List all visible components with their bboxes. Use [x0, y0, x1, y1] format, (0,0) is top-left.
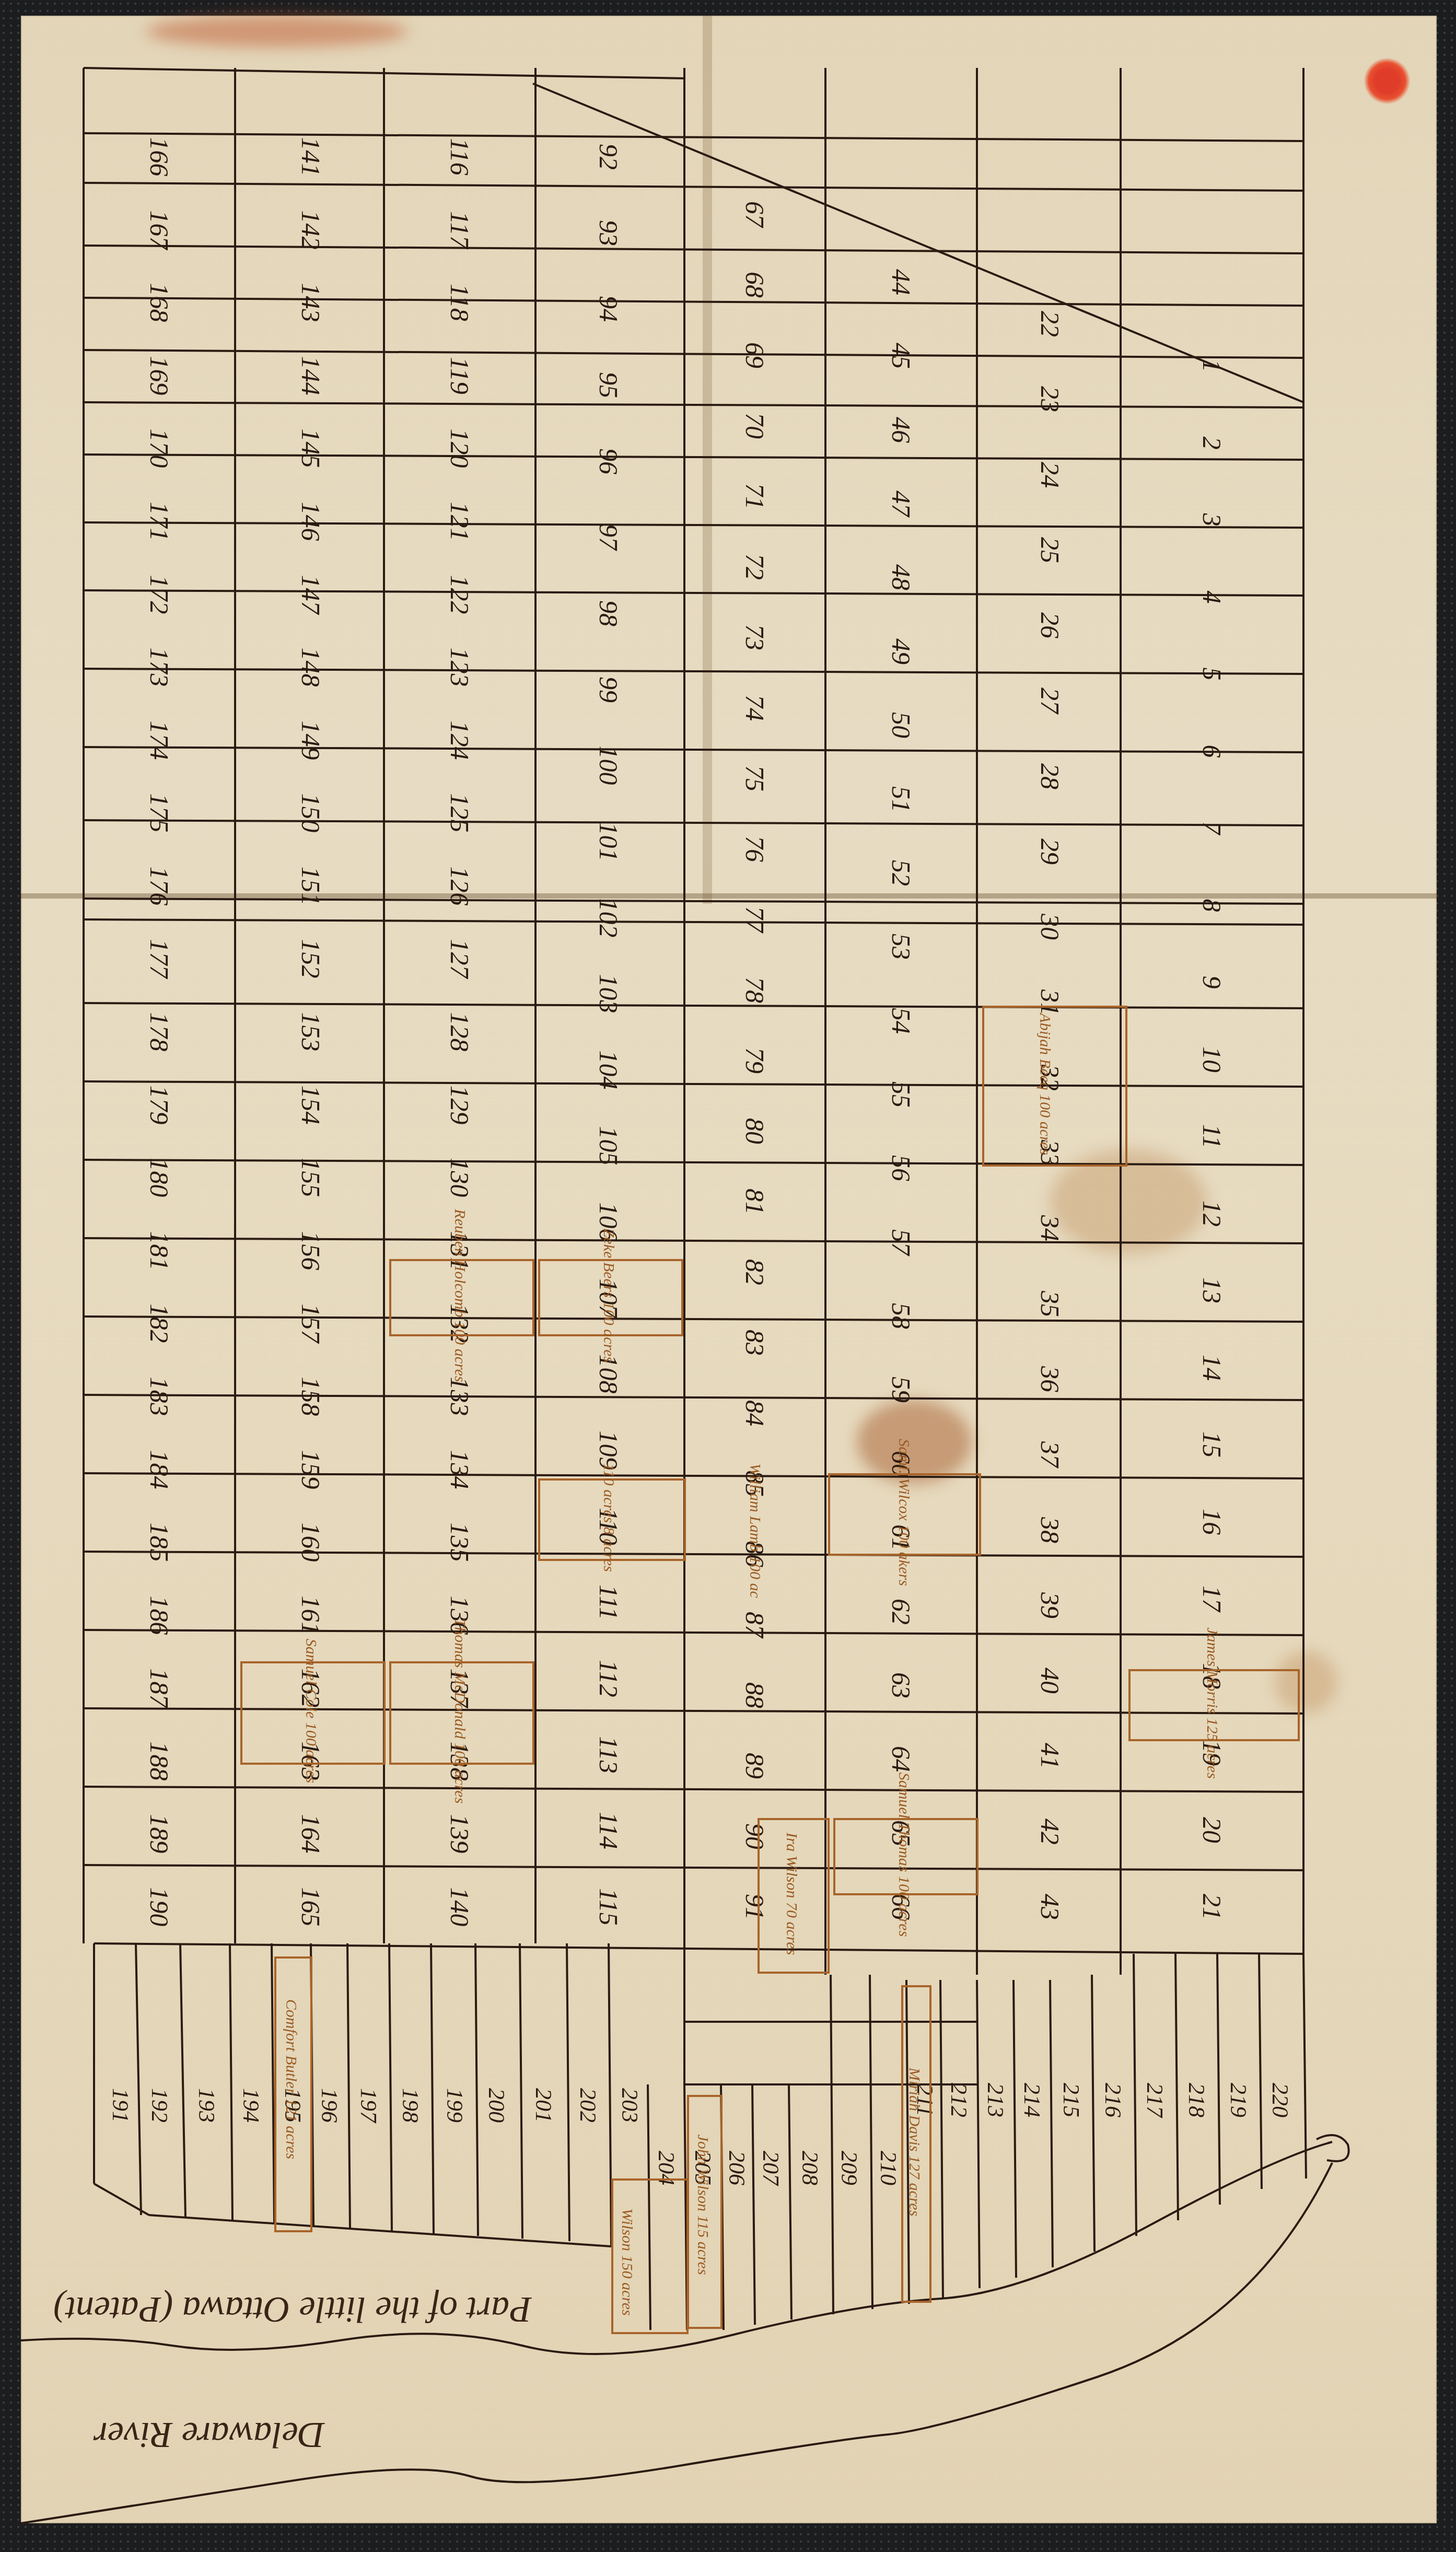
lot-number: 57 [886, 1229, 916, 1255]
lot-number: 210 [875, 2151, 902, 2185]
lot-number: 73 [740, 624, 770, 650]
annotation-lot-60: Saml. Wilcox 100 akers [895, 1439, 913, 1586]
lot-number: 102 [593, 898, 624, 937]
lot-number: 140 [445, 1887, 475, 1927]
lot-number: 188 [144, 1741, 174, 1780]
lot-number: 126 [445, 866, 475, 905]
lot-number: 187 [144, 1669, 174, 1708]
lot-number: 123 [445, 648, 475, 687]
annotation-lot-205: Wilson 150 acres [619, 2208, 636, 2316]
lot-number: 192 [146, 2088, 173, 2123]
lot-number: 150 [296, 794, 326, 833]
lot-number: 56 [886, 1155, 916, 1181]
lot-number: 52 [886, 860, 916, 886]
lot-number: 72 [740, 554, 770, 580]
lot-number: 76 [740, 836, 770, 862]
lot-number: 219 [1225, 2083, 1252, 2117]
lot-number: 15 [1197, 1431, 1227, 1458]
lot-number: 45 [886, 343, 916, 369]
lot-number: 70 [740, 413, 770, 439]
lot-number: 120 [445, 429, 475, 468]
annotation-lot-89: Ira Wilson 70 acres [783, 1833, 800, 1955]
lot-number: 176 [144, 866, 174, 905]
lot-number: 203 [616, 2088, 643, 2123]
lot-number: 172 [144, 575, 174, 614]
lot-number: 51 [886, 786, 916, 812]
lot-number: 74 [740, 695, 770, 721]
lot-number: 166 [144, 137, 174, 177]
lot-number: 206 [724, 2151, 750, 2185]
annotation-lot-211: Miriah Davis 127 acres [906, 2068, 923, 2217]
lot-number: 36 [1035, 1366, 1065, 1392]
lot-number: 147 [296, 575, 326, 614]
lot-number: 181 [144, 1231, 174, 1270]
lot-number: 41 [1035, 1743, 1065, 1769]
lot-number: 182 [144, 1304, 174, 1343]
lot-number: 217 [1141, 2083, 1168, 2117]
lot-number: 157 [296, 1304, 326, 1343]
lot-number: 139 [445, 1814, 475, 1854]
lot-number: 154 [296, 1085, 326, 1124]
lot-number: 164 [296, 1814, 326, 1854]
lot-number: 12 [1197, 1201, 1227, 1227]
lot-number: 62 [886, 1599, 916, 1625]
lot-number: 100 [593, 746, 624, 785]
lot-number: 112 [593, 1660, 624, 1697]
lot-number: 93 [593, 220, 624, 246]
lot-number: 202 [575, 2088, 601, 2123]
lot-number: 84 [740, 1400, 770, 1426]
annotation-lot-31: Abijah Beeq 100 acres [1036, 1013, 1054, 1155]
lot-number: 130 [445, 1158, 475, 1197]
lot-number: 148 [296, 648, 326, 687]
annotation-lot-162: Samuel Cole 100 acres [302, 1639, 320, 1783]
lot-number: 37 [1035, 1441, 1065, 1467]
lot-number: 16 [1197, 1509, 1227, 1535]
lot-number: 153 [296, 1012, 326, 1052]
lot-number: 42 [1035, 1819, 1065, 1845]
tract-label: Part of the little Ottawa (Patent) [53, 2288, 532, 2330]
lot-number: 121 [445, 502, 475, 541]
lot-number: 75 [740, 765, 770, 791]
lot-number: 13 [1197, 1277, 1227, 1303]
lot-number: 119 [445, 357, 475, 394]
lot-number: 118 [445, 284, 475, 321]
lot-number: 169 [144, 356, 174, 395]
lot-number: 50 [886, 712, 916, 738]
lot-number: 160 [296, 1523, 326, 1562]
annotation-lot-110: 110 acres 8 acres [600, 1463, 618, 1572]
lot-number: 174 [144, 720, 174, 760]
lot-number: 88 [740, 1682, 770, 1708]
lot-number: 215 [1058, 2083, 1085, 2117]
lot-number: 213 [982, 2083, 1009, 2117]
lot-number: 8 [1197, 899, 1227, 912]
annotation-lot-107: Zeke Beers 100 acres [600, 1229, 618, 1362]
lot-number: 144 [296, 356, 326, 395]
lot-number: 59 [886, 1377, 916, 1403]
lot-number: 63 [886, 1672, 916, 1698]
lot-number: 98 [593, 600, 624, 626]
lot-number: 190 [144, 1887, 174, 1927]
lot-number: 167 [144, 210, 174, 249]
lot-number: 28 [1035, 763, 1065, 789]
lot-number: 46 [886, 417, 916, 443]
lot-number: 4 [1197, 590, 1227, 603]
lot-number: 69 [740, 342, 770, 368]
lot-number: 186 [144, 1595, 174, 1635]
lot-number: 47 [886, 491, 916, 517]
lot-number: 197 [355, 2088, 382, 2123]
lot-number: 96 [593, 448, 624, 474]
lot-number: 111 [593, 1585, 624, 1621]
lot-number: 116 [445, 138, 475, 175]
annotation-lot-84: William Lamb 100 ac [747, 1463, 764, 1598]
lot-number: 55 [886, 1081, 916, 1108]
lot-number: 68 [740, 272, 770, 298]
lot-number: 6 [1197, 744, 1227, 758]
lot-number: 200 [483, 2088, 510, 2123]
lot-number: 95 [593, 372, 624, 398]
lot-number: 101 [593, 822, 624, 861]
lot-number: 43 [1035, 1894, 1065, 1920]
lot-number: 29 [1035, 838, 1065, 865]
lot-number: 152 [296, 939, 326, 978]
lot-number: 10 [1197, 1046, 1227, 1073]
lot-number: 104 [593, 1050, 624, 1089]
lot-number: 3 [1197, 514, 1227, 527]
lot-number: 34 [1035, 1215, 1065, 1241]
lot-number: 80 [740, 1118, 770, 1144]
lot-number: 7 [1197, 822, 1227, 835]
lot-number: 185 [144, 1523, 174, 1562]
lot-number: 48 [886, 564, 916, 590]
lot-number: 30 [1035, 914, 1065, 940]
lot-number: 177 [144, 939, 174, 978]
lot-number: 20 [1197, 1817, 1227, 1843]
lot-number: 184 [144, 1450, 174, 1489]
lot-number: 113 [593, 1736, 624, 1773]
lot-number: 58 [886, 1303, 916, 1329]
lot-number: 209 [836, 2151, 863, 2185]
lot-number: 134 [445, 1450, 475, 1489]
lot-number: 92 [593, 144, 624, 170]
lot-number: 49 [886, 638, 916, 665]
lot-number: 198 [397, 2088, 424, 2123]
lot-number: 27 [1035, 687, 1065, 714]
lot-number: 180 [144, 1158, 174, 1197]
lot-number: 218 [1183, 2083, 1210, 2117]
lot-number: 149 [296, 720, 326, 760]
lot-number: 216 [1100, 2083, 1126, 2117]
annotation-lot-18: James Morris 125 acres [1204, 1627, 1221, 1779]
lot-number: 44 [886, 269, 916, 295]
lot-number: 5 [1197, 668, 1227, 681]
lot-number: 24 [1035, 462, 1065, 488]
lot-number: 114 [593, 1812, 624, 1849]
lot-number: 81 [740, 1188, 770, 1215]
lot-number: 11 [1197, 1124, 1227, 1148]
lot-number: 99 [593, 677, 624, 703]
lot-number: 191 [107, 2088, 134, 2123]
lot-number: 145 [296, 429, 326, 468]
lot-number: 141 [296, 137, 326, 177]
lot-number: 194 [238, 2088, 264, 2123]
lot-number: 212 [946, 2083, 972, 2117]
lot-number: 156 [296, 1231, 326, 1270]
lot-number: 9 [1197, 976, 1227, 989]
river-label: Delaware River [94, 2414, 325, 2455]
lot-number: 199 [441, 2088, 468, 2123]
lot-number: 135 [445, 1523, 475, 1562]
lot-number: 193 [193, 2088, 220, 2123]
lot-number: 214 [1019, 2083, 1045, 2117]
lot-number: 23 [1035, 386, 1065, 412]
lot-number: 71 [740, 483, 770, 509]
lot-number: 124 [445, 720, 475, 760]
lot-number: 21 [1197, 1894, 1227, 1920]
lot-number: 151 [296, 866, 326, 905]
lot-number: 171 [144, 502, 174, 541]
lot-number: 82 [740, 1259, 770, 1285]
lot-number: 94 [593, 296, 624, 322]
lot-number: 79 [740, 1047, 770, 1074]
lot-number: 127 [445, 939, 475, 978]
lot-number: 22 [1035, 311, 1065, 337]
lot-number: 170 [144, 429, 174, 468]
lot-number: 189 [144, 1814, 174, 1854]
lot-number: 14 [1197, 1355, 1227, 1381]
lot-number: 115 [593, 1888, 624, 1925]
lot-number: 97 [593, 524, 624, 550]
lot-number: 165 [296, 1887, 326, 1927]
lot-number: 122 [445, 575, 475, 614]
lot-number: 175 [144, 794, 174, 833]
lot-number: 77 [740, 906, 770, 933]
annotation-lot-137: Thomas McDonald 100 acres [451, 1618, 469, 1804]
annotation-lot-206: John Wilson 115 acres [694, 2134, 712, 2275]
lot-number: 173 [144, 648, 174, 687]
lot-number: 142 [296, 210, 326, 249]
lot-number: 2 [1197, 436, 1227, 449]
lot-number: 39 [1035, 1592, 1065, 1618]
lot-number: 133 [445, 1377, 475, 1416]
lot-number: 159 [296, 1450, 326, 1489]
lot-number: 207 [758, 2151, 784, 2185]
lot-number: 179 [144, 1085, 174, 1124]
lot-number: 117 [445, 211, 475, 248]
lot-number: 105 [593, 1126, 624, 1166]
lot-number: 38 [1035, 1517, 1065, 1543]
annotation-lot-132: Reuben Holcomb 100 acres [451, 1209, 469, 1382]
lot-number: 89 [740, 1753, 770, 1779]
lot-number: 103 [593, 974, 624, 1013]
lot-number: 161 [296, 1595, 326, 1635]
lot-number: 54 [886, 1008, 916, 1034]
lot-number: 208 [797, 2151, 823, 2185]
lot-number: 125 [445, 794, 475, 833]
lot-number: 143 [296, 283, 326, 322]
lot-number: 178 [144, 1012, 174, 1052]
lot-number: 129 [445, 1085, 475, 1124]
lot-number: 1 [1197, 359, 1227, 372]
lot-number: 53 [886, 934, 916, 960]
lot-number: 155 [296, 1158, 326, 1197]
annotation-lot-195: Comfort Butler 121 acres [283, 1999, 300, 2159]
annotation-lot-64: Samuel Thomas 100 acres [895, 1773, 913, 1937]
lot-number: 183 [144, 1377, 174, 1416]
lot-number: 35 [1035, 1291, 1065, 1317]
lot-number: 64 [886, 1746, 916, 1772]
lot-number: 196 [316, 2088, 343, 2123]
lot-number: 40 [1035, 1668, 1065, 1694]
lot-number: 146 [296, 502, 326, 541]
lot-number: 78 [740, 977, 770, 1003]
lot-number: 26 [1035, 612, 1065, 638]
lot-number: 17 [1197, 1586, 1227, 1612]
lot-number: 25 [1035, 537, 1065, 563]
lot-number: 83 [740, 1330, 770, 1356]
lot-number: 201 [530, 2088, 557, 2123]
lot-number: 158 [296, 1377, 326, 1416]
lot-number: 87 [740, 1612, 770, 1638]
lot-number: 220 [1267, 2083, 1294, 2117]
parcel-box-lot-31[interactable] [982, 1006, 1127, 1167]
lot-number: 128 [445, 1012, 475, 1052]
lot-number: 67 [740, 201, 770, 227]
lot-number: 168 [144, 283, 174, 322]
